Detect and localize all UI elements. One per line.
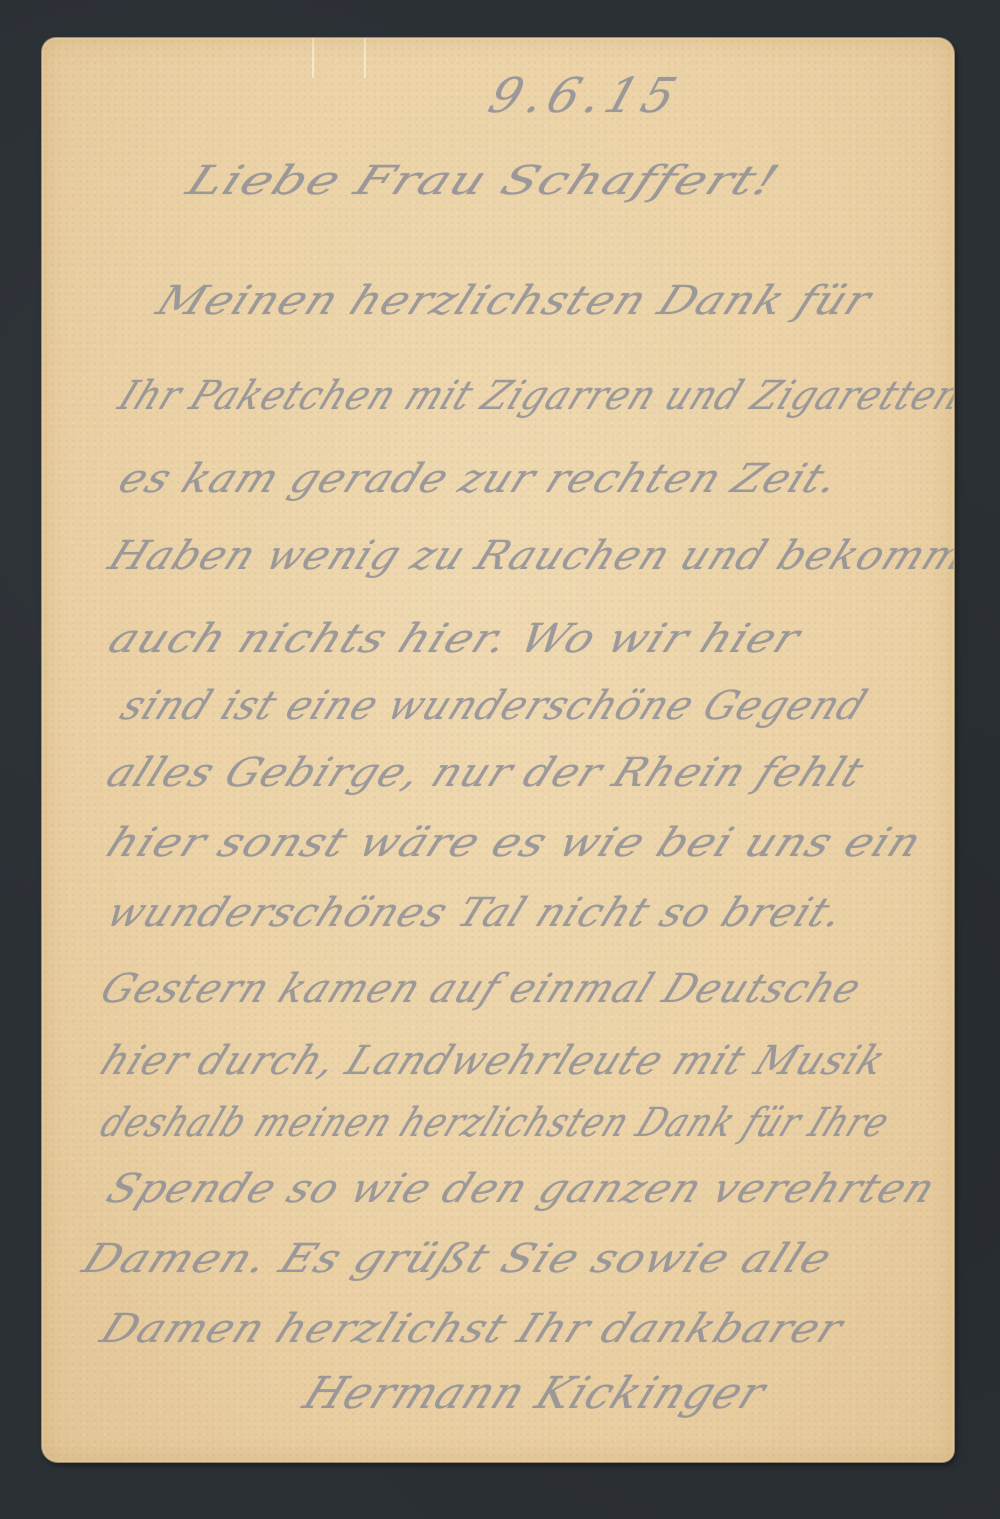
date-line: 9.6.15 bbox=[482, 68, 689, 124]
postcard: 9.6.15 Liebe Frau Schaffert! Meinen herz… bbox=[42, 38, 954, 1462]
letter-line: es kam gerade zur rechten Zeit. bbox=[112, 456, 846, 502]
letter-line: alles Gebirge, nur der Rhein fehlt bbox=[100, 750, 871, 796]
letter-line: Damen herzlichst Ihr dankbarer bbox=[94, 1306, 850, 1352]
letter-line: Meinen herzlichsten Dank für bbox=[150, 278, 878, 324]
card-crease bbox=[312, 38, 314, 78]
letter-line: hier durch, Landwehrleute mit Musik bbox=[94, 1038, 893, 1084]
letter-line: Damen. Es grüßt Sie sowie alle bbox=[76, 1236, 839, 1282]
letter-line: sind ist eine wunderschöne Gegend bbox=[114, 683, 874, 729]
letter-line: Ihr Paketchen mit Zigarren und Zigarette… bbox=[112, 373, 954, 419]
card-crease bbox=[364, 38, 366, 78]
signature: Hermann Kickinger bbox=[296, 1368, 774, 1419]
letter-line: Spende so wie den ganzen verehrten bbox=[100, 1166, 943, 1212]
letter-line: Gestern kamen auf einmal Deutsche bbox=[94, 966, 868, 1012]
letter-line: Haben wenig zu Rauchen und bekommt bbox=[102, 533, 954, 579]
letter-line: auch nichts hier. Wo wir hier bbox=[102, 616, 808, 662]
letter-line: wunderschönes Tal nicht so breit. bbox=[100, 890, 851, 936]
salutation: Liebe Frau Schaffert! bbox=[180, 158, 786, 204]
letter-line: deshalb meinen herzlichsten Dank für Ihr… bbox=[94, 1100, 896, 1146]
letter-line: hier sonst wäre es wie bei uns ein bbox=[100, 820, 929, 866]
